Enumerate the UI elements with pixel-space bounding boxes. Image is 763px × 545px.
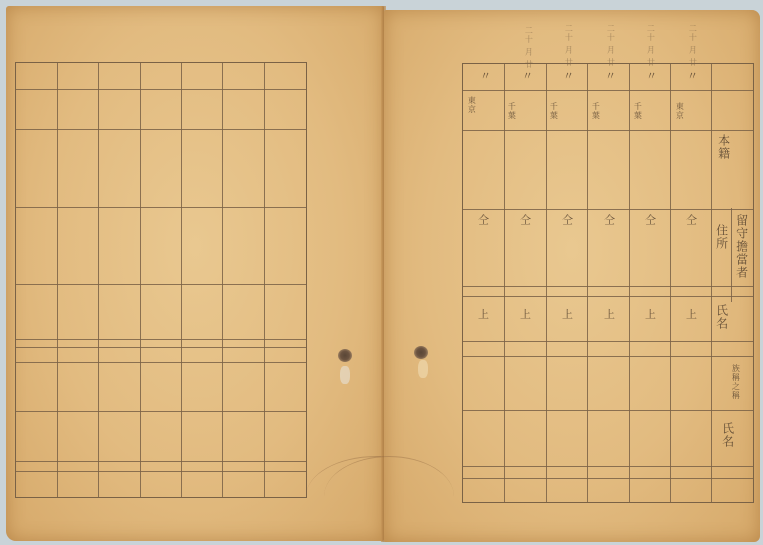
binding-hole [414, 346, 428, 359]
top-annotation: 二十 月 廿 [688, 24, 696, 67]
col-4-top: 〃 [604, 70, 616, 82]
col-2-top: 〃 [521, 70, 533, 82]
right-ledger-table: 本籍 留守擔當者 住所 氏名 族稱之稱 氏名 〃 東京 仝 上 〃 千葉 仝 上… [462, 63, 754, 503]
col-1-ditto: 仝 上 [477, 214, 489, 360]
col-4-ditto: 仝 上 [603, 214, 615, 360]
header-shimei2: 氏名 [721, 422, 734, 448]
col-6-top: 〃 [686, 70, 698, 82]
header-honseki: 本籍 [717, 134, 730, 160]
top-annotation: 二十 月 廿 [564, 24, 572, 67]
header-rusu-tantosha: 留守擔當者 [735, 214, 748, 279]
left-ruled-grid [15, 62, 307, 498]
header-jusho: 住所 [715, 224, 728, 250]
col-3-ditto: 仝 上 [561, 214, 573, 360]
col-1-place: 東京 [467, 96, 475, 114]
col-5-top: 〃 [645, 70, 657, 82]
col-5-ditto: 仝 上 [644, 214, 656, 360]
paper-crease [324, 456, 454, 537]
binding-hole [338, 349, 352, 362]
col-5-place: 千葉 [633, 102, 641, 120]
col-2-ditto: 仝 上 [519, 214, 531, 360]
top-annotation: 二十 月 廿 [606, 24, 614, 67]
col-2-place: 千葉 [507, 102, 515, 120]
header-kazoku: 族稱之稱 [731, 364, 739, 400]
paper-tear [418, 360, 428, 378]
col-3-top: 〃 [562, 70, 574, 82]
col-3-place: 千葉 [549, 102, 557, 120]
right-page: 二十 月 廿 二十 月 廿 二十 月 廿 二十 月 廿 二十 月 廿 本籍 留守… [384, 10, 760, 542]
col-4-place: 千葉 [591, 102, 599, 120]
col-1-top: 〃 [479, 70, 491, 82]
paper-tear [340, 366, 350, 384]
col-6-place: 東京 [675, 102, 683, 120]
header-shimei: 氏名 [715, 304, 728, 330]
col-6-ditto: 仝 上 [685, 214, 697, 360]
left-page [6, 6, 384, 541]
top-annotation: 二十 月 廿 [646, 24, 654, 67]
